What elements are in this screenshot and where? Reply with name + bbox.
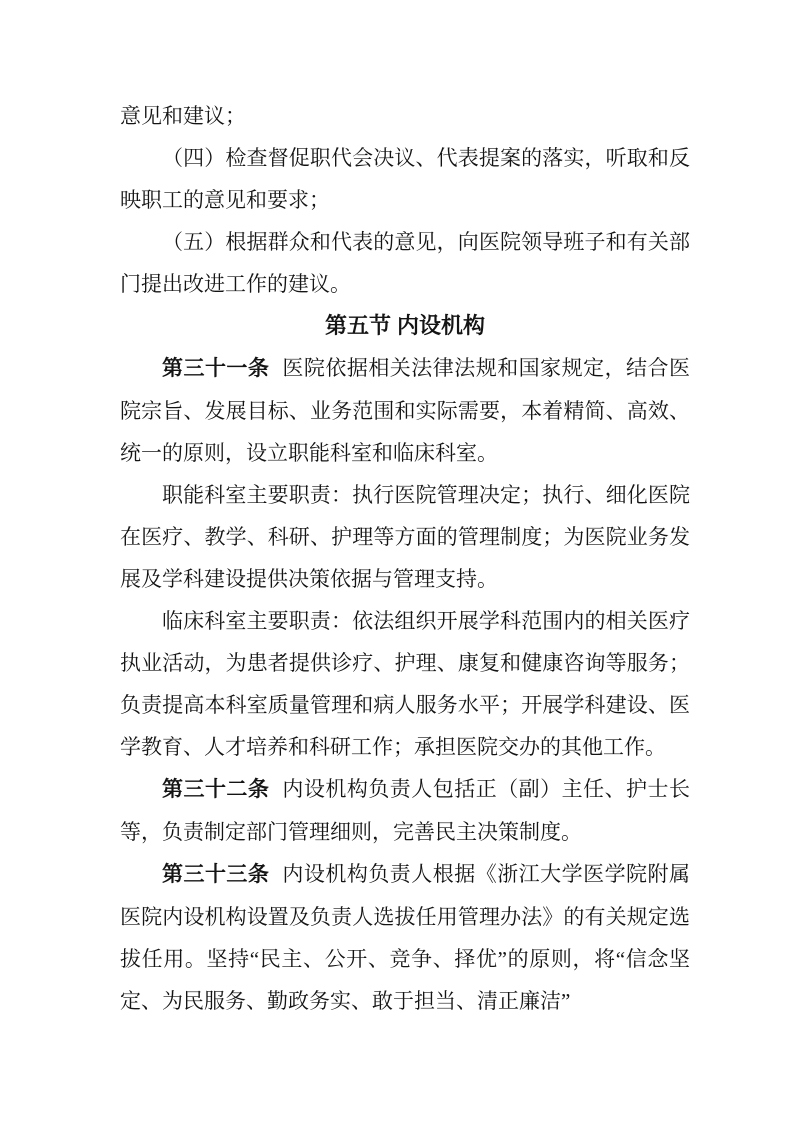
article-term: 第三十三条 <box>162 863 269 886</box>
section-heading: 第五节 内设机构 <box>120 305 690 347</box>
article-term: 第三十一条 <box>162 357 269 380</box>
paragraph: （五）根据群众和代表的意见，向医院领导班子和有关部门提出改进工作的建议。 <box>120 221 690 305</box>
paragraph: （四）检查督促职代会决议、代表提案的落实，听取和反映职工的意见和要求； <box>120 137 690 221</box>
article-paragraph: 第三十二条内设机构负责人包括正（副）主任、护士长等，负责制定部门管理细则，完善民… <box>120 768 690 853</box>
article-paragraph: 第三十一条医院依据相关法律法规和国家规定，结合医院宗旨、发展目标、业务范围和实际… <box>120 347 690 474</box>
article-term: 第三十二条 <box>162 778 269 801</box>
document-page: 意见和建议；（四）检查督促职代会决议、代表提案的落实，听取和反映职工的意见和要求… <box>0 0 793 1122</box>
article-paragraph: 第三十三条内设机构负责人根据《浙江大学医学院附属医院内设机构设置及负责人选拔任用… <box>120 853 690 1022</box>
paragraph: 意见和建议； <box>120 95 690 137</box>
paragraph: 职能科室主要职责：执行医院管理决定；执行、细化医院在医疗、教学、科研、护理等方面… <box>120 474 690 600</box>
document-body: 意见和建议；（四）检查督促职代会决议、代表提案的落实，听取和反映职工的意见和要求… <box>120 95 690 1022</box>
paragraph: 临床科室主要职责：依法组织开展学科范围内的相关医疗执业活动，为患者提供诊疗、护理… <box>120 600 690 768</box>
